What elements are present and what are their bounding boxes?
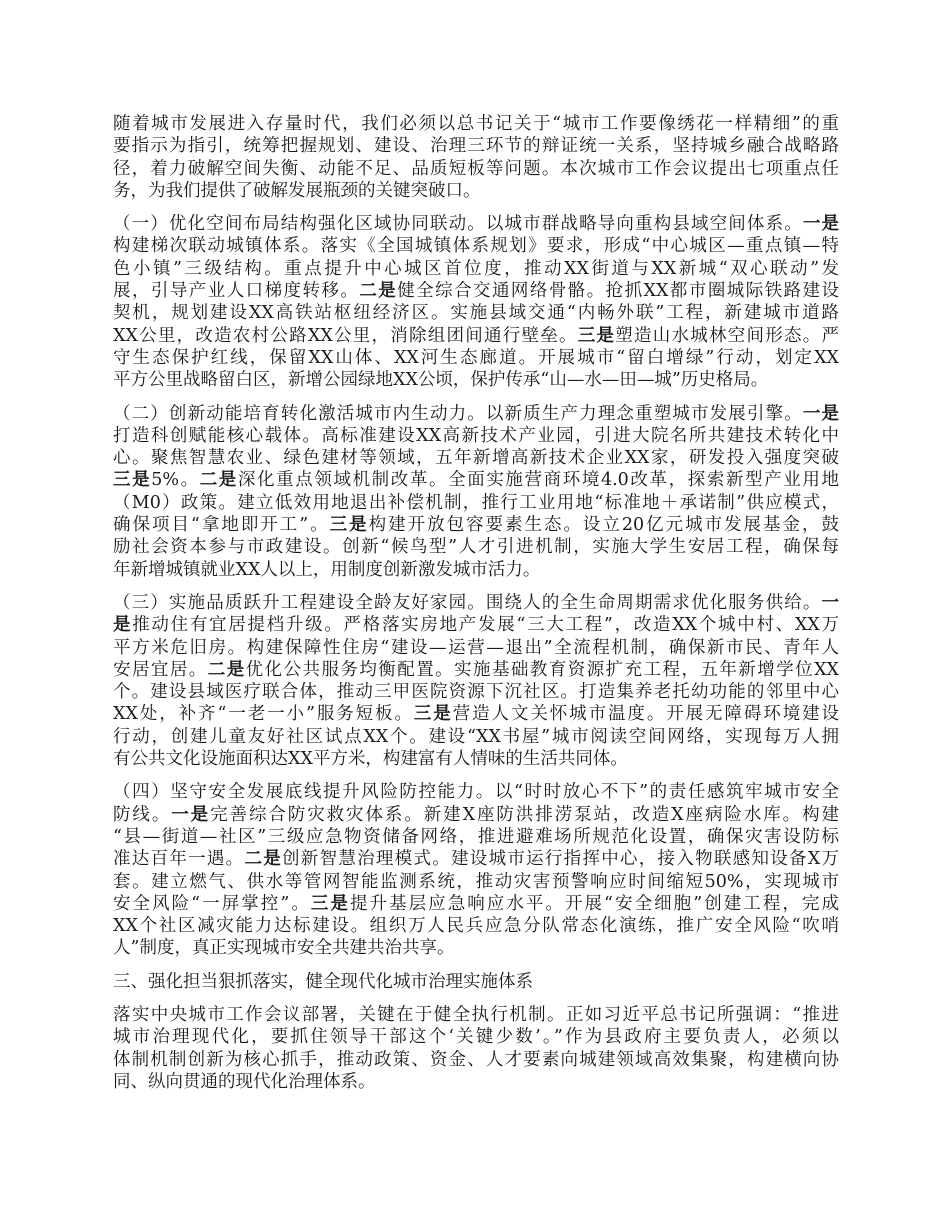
paragraph-section-4: （四）坚守安全发展底线提升风险防控能力。以“时时放心不下”的责任感筑牢城市安全防… — [113, 781, 839, 959]
text-run: 守生态保护红线，保留XX山体、XX河生态廊道。开展城市“留白增绿”行动，划定XX — [113, 348, 839, 368]
text-line: 行动，创建儿童友好社区试点XX个。建设“XX书屋”城市阅读空间网络，实现每万人拥 — [113, 726, 839, 748]
bold-marker: 三是 — [311, 894, 350, 914]
text-run: 展，引导产业人口梯度转移。 — [113, 281, 359, 301]
text-run: 完善综合防灾救灾体系。新建X座防洪排涝泵站，改造X座病险水库。构建 — [210, 805, 839, 825]
text-run: 防线。 — [113, 805, 171, 825]
text-run: 深化重点领域机制改革。全面实施营商环境4.0改革，探索新型产业用地 — [238, 470, 839, 490]
text-run: 三、强化担当狠抓落实，健全现代化城市治理实施体系 — [113, 972, 533, 992]
text-line: 径，着力破解空间失衡、动能不足、品质短板等问题。本次城市工作会议提出七项重点任 — [113, 158, 839, 180]
text-line: 防线。一是完善综合防灾救灾体系。新建X座防洪排涝泵站，改造X座病险水库。构建 — [113, 804, 839, 826]
text-run: 个。建设县域医疗联合体，推动三甲医院资源下沉社区。打造集养老托幼功能的邻里中心 — [113, 682, 839, 702]
text-line: 展，引导产业人口梯度转移。二是健全综合交通网络骨骼。抢抓XX都市圈城际铁路建设 — [113, 280, 839, 302]
text-run: 契机，规划建设XX高铁站枢纽经济区。实施县域交通“内畅外联”工程，新建城市道路 — [113, 303, 839, 323]
text-run: 随着城市发展进入存量时代，我们必须以总书记关于“城市工作要像绣花一样精细”的重 — [113, 114, 839, 134]
bold-marker: 三是 — [414, 704, 453, 724]
text-line: 色小镇”三级结构。重点提升中心城区首位度，推动XX街道与XX新城“双心联动”发 — [113, 258, 839, 280]
text-line: 准达百年一遇。二是创新智慧治理模式。建设城市运行指挥中心，接入物联感知设备X万 — [113, 848, 839, 870]
text-run: （四）坚守安全发展底线提升风险防控能力。以“时时放心不下”的责任感筑牢城市安全 — [113, 782, 839, 802]
text-run: （一）优化空间布局结构强化区域协同联动。以城市群战略导向重构县域空间体系。 — [113, 214, 803, 234]
text-run: 构建开放包容要素生态。设立20亿元城市发展基金，鼓 — [369, 515, 839, 535]
text-run: 落实中央城市工作会议部署，关键在于健全执行机制。正如习近平总书记所强调：“推进 — [113, 1005, 839, 1025]
text-run: 年新增城镇就业XX人以上，用制度创新激发城市活力。 — [113, 560, 540, 580]
bold-marker: 一是 — [803, 404, 839, 424]
text-line: 确保项目“拿地即开工”。三是构建开放包容要素生态。设立20亿元城市发展基金，鼓 — [113, 514, 839, 536]
text-line: 务，为我们提供了破解发展瓶颈的关键突破口。 — [113, 180, 839, 202]
section-heading: 三、强化担当狠抓落实，健全现代化城市治理实施体系 — [113, 971, 839, 993]
text-run: 平方米危旧房。构建保障性住房“建设—运营—退出”全流程机制，确保新市民、青年人 — [113, 638, 839, 658]
text-run: 优化公共服务均衡配置。实施基础教育资源扩充工程，五年新增学位XX — [246, 660, 839, 680]
text-run: 营造人文关怀城市温度。开展无障碍环境建设 — [453, 704, 839, 724]
text-run: 心。聚焦智慧农业、绿色建材等领域，五年新增高新技术企业XX家，研发投入强度突破 — [113, 448, 839, 468]
text-run: 安全风险“一屏掌控”。 — [113, 894, 311, 914]
text-run: 励社会资本参与市政建设。创新“候鸟型”人才引进机制，实施大学生安居工程，确保每 — [113, 537, 839, 557]
text-line: 城市治理现代化，要抓住领导干部这个‘关键少数’。”作为县政府主要负责人，必须以 — [113, 1026, 839, 1048]
text-run: 构建梯次联动城镇体系。落实《全国城镇体系规划》要求，形成“中心城区—重点镇—特 — [113, 236, 839, 256]
bold-marker: 三是 — [113, 470, 151, 490]
text-run: 人”制度，真正实现城市安全共建共治共享。 — [113, 938, 454, 958]
text-run: 安居宜居。 — [113, 660, 208, 680]
text-run: XX个社区减灾能力达标建设。组织万人民兵应急分队常态化演练，推广安全风险“吹哨 — [113, 916, 839, 936]
paragraph-section-1: （一）优化空间布局结构强化区域协同联动。以城市群战略导向重构县域空间体系。一是构… — [113, 213, 839, 391]
text-run: （M0）政策。建立低效用地退出补偿机制，推行工业用地“标准地＋承诺制”供应模式， — [113, 493, 839, 513]
text-line: 同、纵向贯通的现代化治理体系。 — [113, 1071, 839, 1093]
bold-marker: 一 — [822, 593, 840, 613]
text-line: 有公共文化设施面积达XX平方米，构建富有人情味的生活共同体。 — [113, 748, 839, 770]
bold-marker: 二是 — [208, 660, 246, 680]
text-line: （二）创新动能培育转化激活城市内生动力。以新质生产力理念重塑城市发展引擎。一是 — [113, 403, 839, 425]
bold-marker: 一是 — [171, 805, 210, 825]
text-line: 是推动住有宜居提档升级。严格落实房地产发展“三大工程”，改造XX个城中村、XX万 — [113, 614, 839, 636]
text-run: 打造科创赋能核心载体。高标准建设XX高新技术产业园，引进大院名所共建技术转化中 — [113, 426, 839, 446]
text-line: 构建梯次联动城镇体系。落实《全国城镇体系规划》要求，形成“中心城区—重点镇—特 — [113, 235, 839, 257]
text-line: （三）实施品质跃升工程建设全龄友好家园。围绕人的全生命周期需求优化服务供给。一 — [113, 592, 839, 614]
text-line: 安全风险“一屏掌控”。三是提升基层应急响应水平。开展“安全细胞”创建工程，完成 — [113, 893, 839, 915]
text-line: 体制机制创新为核心抓手，推动政策、资金、人才要素向城建领域高效集聚，构建横向协 — [113, 1049, 839, 1071]
text-run: 确保项目“拿地即开工”。 — [113, 515, 330, 535]
text-line: 励社会资本参与市政建设。创新“候鸟型”人才引进机制，实施大学生安居工程，确保每 — [113, 536, 839, 558]
bold-marker: 二是 — [200, 470, 238, 490]
text-run: XX处，补齐“一老一小”服务短板。 — [113, 704, 414, 724]
text-line: （一）优化空间布局结构强化区域协同联动。以城市群战略导向重构县域空间体系。一是 — [113, 213, 839, 235]
text-line: （四）坚守安全发展底线提升风险防控能力。以“时时放心不下”的责任感筑牢城市安全 — [113, 781, 839, 803]
text-run: 塑造山水城林空间形态。严 — [615, 326, 839, 346]
text-run: XX公里，改造农村公路XX公里，消除组团间通行壁垒。 — [113, 326, 578, 346]
text-line: （M0）政策。建立低效用地退出补偿机制，推行工业用地“标准地＋承诺制”供应模式， — [113, 492, 839, 514]
text-run: 径，着力破解空间失衡、动能不足、品质短板等问题。本次城市工作会议提出七项重点任 — [113, 159, 839, 179]
text-run: 推动住有宜居提档升级。严格落实房地产发展“三大工程”，改造XX个城中村、XX万 — [132, 615, 839, 635]
text-line: 心。聚焦智慧农业、绿色建材等领域，五年新增高新技术企业XX家，研发投入强度突破 — [113, 447, 839, 469]
text-line: 平方公里战略留白区，新增公园绿地XX公顷，保护传承“山—水—田—城”历史格局。 — [113, 369, 839, 391]
text-run: 要指示为指引，统筹把握规划、建设、治理三环节的辩证统一关系，坚持城乡融合战略路 — [113, 136, 839, 156]
text-run: 同、纵向贯通的现代化治理体系。 — [113, 1072, 376, 1092]
bold-marker: 三是 — [578, 326, 616, 346]
text-line: 年新增城镇就业XX人以上，用制度创新激发城市活力。 — [113, 559, 839, 581]
text-line: 套。建立燃气、供水等管网智能监测系统，推动灾害预警响应时间缩短50%，实现城市 — [113, 871, 839, 893]
paragraph-intro: 随着城市发展进入存量时代，我们必须以总书记关于“城市工作要像绣花一样精细”的重要… — [113, 113, 839, 202]
text-line: 个。建设县域医疗联合体，推动三甲医院资源下沉社区。打造集养老托幼功能的邻里中心 — [113, 681, 839, 703]
text-run: 行动，创建儿童友好社区试点XX个。建设“XX书屋”城市阅读空间网络，实现每万人拥 — [113, 727, 839, 747]
text-run: 套。建立燃气、供水等管网智能监测系统，推动灾害预警响应时间缩短50%，实现城市 — [113, 872, 839, 892]
bold-marker: 二是 — [244, 849, 282, 869]
text-line: 打造科创赋能核心载体。高标准建设XX高新技术产业园，引进大院名所共建技术转化中 — [113, 425, 839, 447]
text-line: 落实中央城市工作会议部署，关键在于健全执行机制。正如习近平总书记所强调：“推进 — [113, 1004, 839, 1026]
paragraph-closing: 落实中央城市工作会议部署，关键在于健全执行机制。正如习近平总书记所强调：“推进城… — [113, 1004, 839, 1093]
text-run: 平方公里战略留白区，新增公园绿地XX公顷，保护传承“山—水—田—城”历史格局。 — [113, 370, 768, 390]
text-line: “县—街道—社区”三级应急物资储备网络，推进避难场所规范化设置，确保灾害设防标 — [113, 826, 839, 848]
paragraph-section-2: （二）创新动能培育转化激活城市内生动力。以新质生产力理念重塑城市发展引擎。一是打… — [113, 403, 839, 581]
text-line: 三、强化担当狠抓落实，健全现代化城市治理实施体系 — [113, 971, 839, 993]
text-run: 有公共文化设施面积达XX平方米，构建富有人情味的生活共同体。 — [113, 749, 628, 769]
bold-marker: 一是 — [803, 214, 839, 234]
document-page: 随着城市发展进入存量时代，我们必须以总书记关于“城市工作要像绣花一样精细”的重要… — [113, 113, 839, 1104]
text-run: 5%。 — [151, 470, 199, 490]
text-line: 契机，规划建设XX高铁站枢纽经济区。实施县域交通“内畅外联”工程，新建城市道路 — [113, 302, 839, 324]
text-line: 守生态保护红线，保留XX山体、XX河生态廊道。开展城市“留白增绿”行动，划定XX — [113, 347, 839, 369]
text-run: 城市治理现代化，要抓住领导干部这个‘关键少数’。”作为县政府主要负责人，必须以 — [113, 1027, 839, 1047]
bold-marker: 是 — [113, 615, 132, 635]
text-run: 准达百年一遇。 — [113, 849, 244, 869]
text-line: XX处，补齐“一老一小”服务短板。三是营造人文关怀城市温度。开展无障碍环境建设 — [113, 703, 839, 725]
text-run: 务，为我们提供了破解发展瓶颈的关键突破口。 — [113, 181, 481, 201]
paragraph-section-3: （三）实施品质跃升工程建设全龄友好家园。围绕人的全生命周期需求优化服务供给。一是… — [113, 592, 839, 770]
text-line: 安居宜居。二是优化公共服务均衡配置。实施基础教育资源扩充工程，五年新增学位XX — [113, 659, 839, 681]
text-run: 创新智慧治理模式。建设城市运行指挥中心，接入物联感知设备X万 — [282, 849, 839, 869]
text-run: 健全综合交通网络骨骼。抢抓XX都市圈城际铁路建设 — [397, 281, 839, 301]
text-run: 色小镇”三级结构。重点提升中心城区首位度，推动XX街道与XX新城“双心联动”发 — [113, 259, 839, 279]
text-run: 提升基层应急响应水平。开展“安全细胞”创建工程，完成 — [350, 894, 839, 914]
text-line: XX个社区减灾能力达标建设。组织万人民兵应急分队常态化演练，推广安全风险“吹哨 — [113, 915, 839, 937]
text-line: 随着城市发展进入存量时代，我们必须以总书记关于“城市工作要像绣花一样精细”的重 — [113, 113, 839, 135]
text-line: 人”制度，真正实现城市安全共建共治共享。 — [113, 937, 839, 959]
text-line: 三是5%。二是深化重点领域机制改革。全面实施营商环境4.0改革，探索新型产业用地 — [113, 469, 839, 491]
bold-marker: 三是 — [330, 515, 369, 535]
text-line: 平方米危旧房。构建保障性住房“建设—运营—退出”全流程机制，确保新市民、青年人 — [113, 637, 839, 659]
text-run: （二）创新动能培育转化激活城市内生动力。以新质生产力理念重塑城市发展引擎。 — [113, 404, 803, 424]
text-line: XX公里，改造农村公路XX公里，消除组团间通行壁垒。三是塑造山水城林空间形态。严 — [113, 325, 839, 347]
text-run: 体制机制创新为核心抓手，推动政策、资金、人才要素向城建领域高效集聚，构建横向协 — [113, 1050, 839, 1070]
text-line: 要指示为指引，统筹把握规划、建设、治理三环节的辩证统一关系，坚持城乡融合战略路 — [113, 135, 839, 157]
text-run: （三）实施品质跃升工程建设全龄友好家园。围绕人的全生命周期需求优化服务供给。 — [113, 593, 822, 613]
text-run: “县—街道—社区”三级应急物资储备网络，推进避难场所规范化设置，确保灾害设防标 — [113, 827, 839, 847]
bold-marker: 二是 — [359, 281, 397, 301]
